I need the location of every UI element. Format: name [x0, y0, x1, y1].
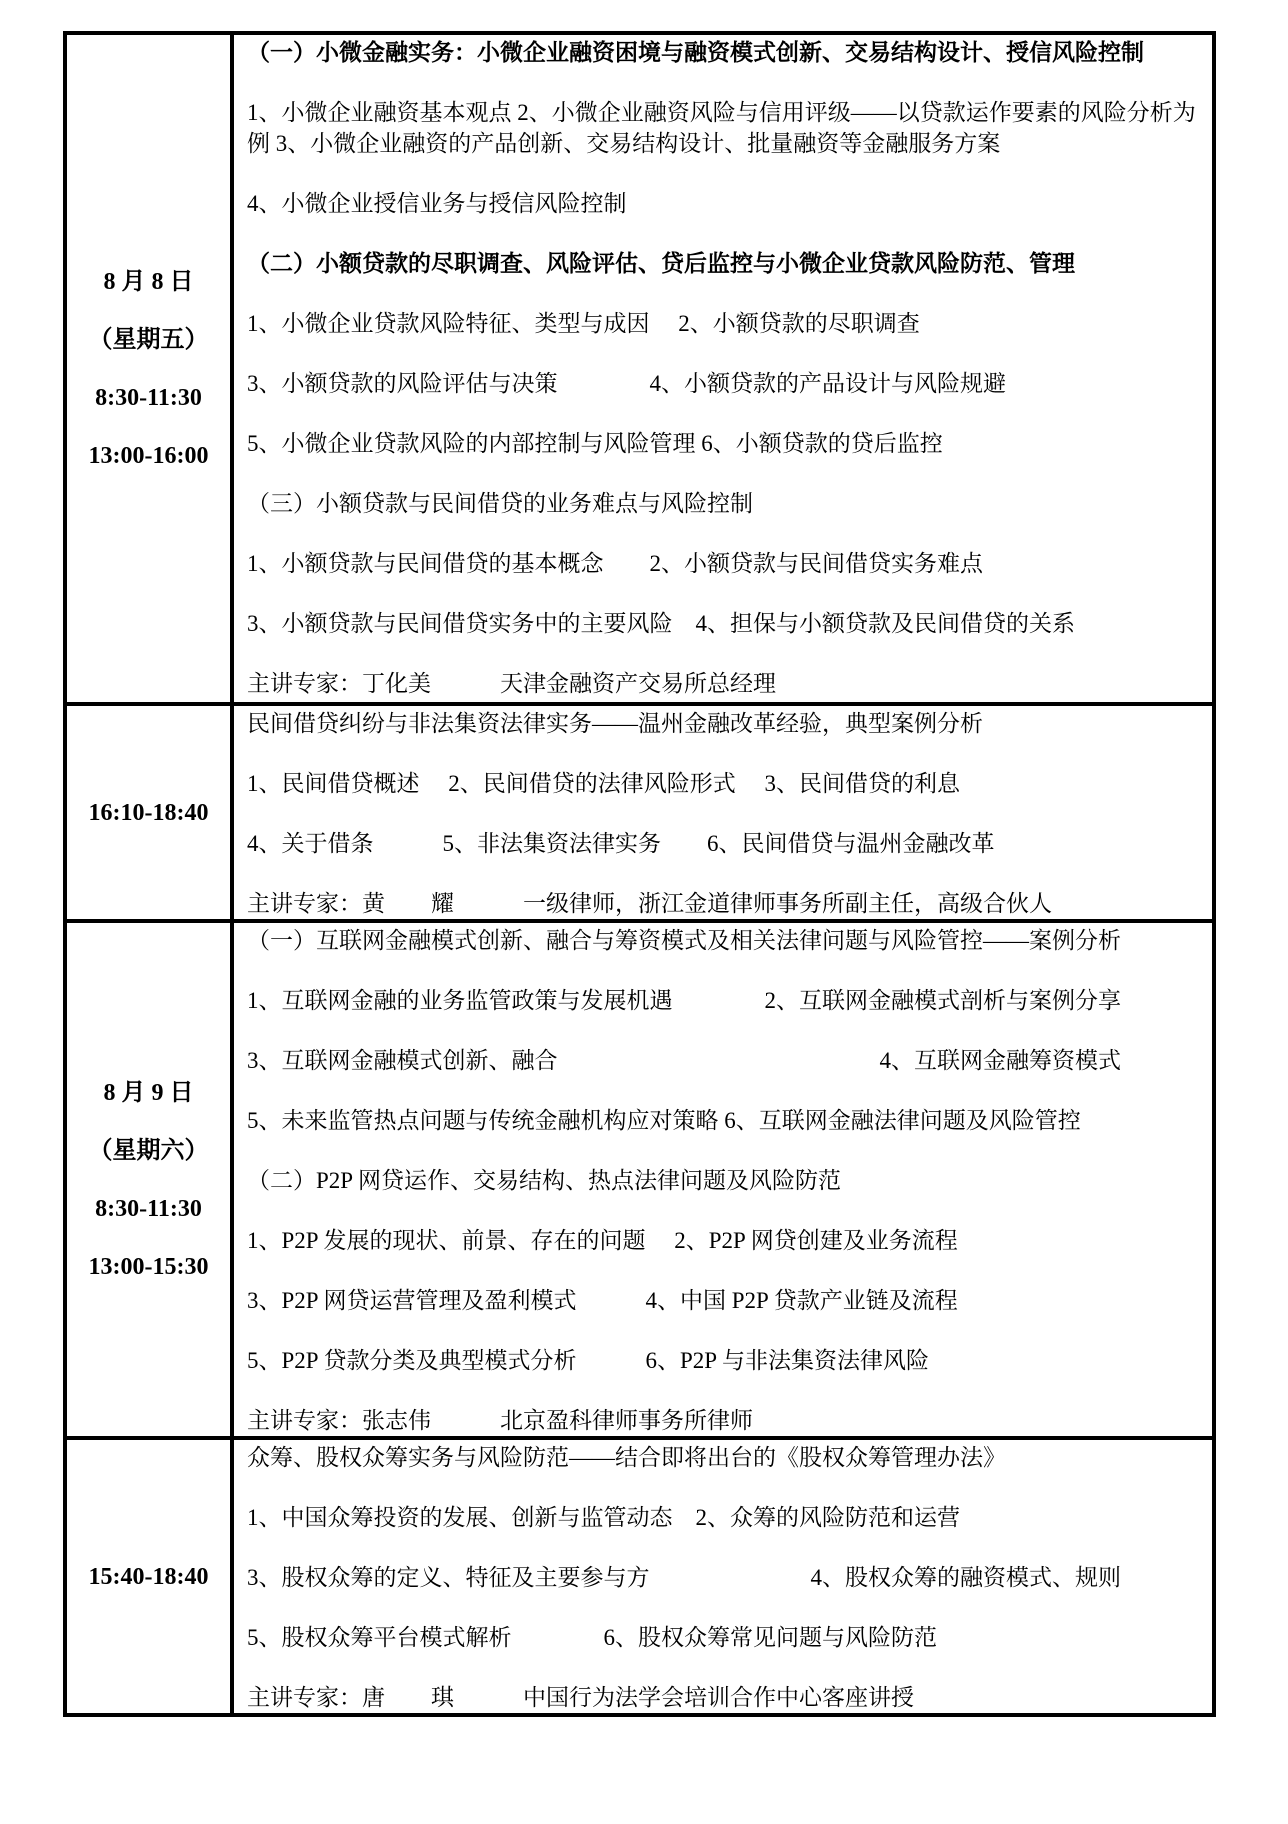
table-row: 8 月 9 日 （星期六） 8:30-11:30 13:00-15:30 （一）…	[65, 921, 1214, 1438]
speaker-line: 主讲专家：丁化美 天津金融资产交易所总经理	[247, 668, 1202, 699]
content-cell: （一）互联网金融模式创新、融合与筹资模式及相关法律问题与风险管控——案例分析 1…	[232, 921, 1214, 1438]
time-line: 13:00-16:00	[89, 441, 209, 471]
content-cell: （一）小微金融实务：小微企业融资困境与融资模式创新、交易结构设计、授信风险控制 …	[232, 33, 1214, 704]
session-item: 3、P2P 网贷运营管理及盈利模式 4、中国 P2P 贷款产业链及流程	[247, 1285, 1202, 1316]
schedule-table: 8 月 8 日 （星期五） 8:30-11:30 13:00-16:00 （一）…	[63, 31, 1216, 1717]
session-item: 3、小额贷款与民间借贷实务中的主要风险 4、担保与小额贷款及民间借贷的关系	[247, 608, 1202, 639]
session-heading: （一）互联网金融模式创新、融合与筹资模式及相关法律问题与风险管控——案例分析	[247, 925, 1202, 956]
session-item: 1、民间借贷概述 2、民间借贷的法律风险形式 3、民间借贷的利息	[247, 768, 1202, 799]
speaker-line: 主讲专家：黄 耀 一级律师，浙江金道律师事务所副主任，高级合伙人	[247, 888, 1202, 919]
session-item: 4、小微企业授信业务与授信风险控制	[247, 188, 1202, 219]
time-line: 8:30-11:30	[95, 1194, 202, 1224]
session-item: 1、小额贷款与民间借贷的基本概念 2、小额贷款与民间借贷实务难点	[247, 548, 1202, 579]
date-cell: 15:40-18:40	[65, 1438, 232, 1715]
session-heading: （三）小额贷款与民间借贷的业务难点与风险控制	[247, 488, 1202, 519]
date-cell: 16:10-18:40	[65, 704, 232, 921]
date-time-stack: 16:10-18:40	[67, 798, 230, 828]
weekday-line: （星期六）	[89, 1136, 209, 1166]
session-item: 5、小微企业贷款风险的内部控制与风险管理 6、小额贷款的贷后监控	[247, 428, 1202, 459]
speaker-line: 主讲专家：张志伟 北京盈科律师事务所律师	[247, 1405, 1202, 1436]
session-item: 1、小微企业融资基本观点 2、小微企业融资风险与信用评级——以贷款运作要素的风险…	[247, 97, 1202, 159]
date-line: 8 月 8 日	[104, 267, 194, 297]
session-item: 5、未来监管热点问题与传统金融机构应对策略 6、互联网金融法律问题及风险管控	[247, 1105, 1202, 1136]
session-item: 5、股权众筹平台模式解析 6、股权众筹常见问题与风险防范	[247, 1622, 1202, 1653]
weekday-line: （星期五）	[89, 325, 209, 355]
content-cell: 众筹、股权众筹实务与风险防范——结合即将出台的《股权众筹管理办法》 1、中国众筹…	[232, 1438, 1214, 1715]
table-row: 16:10-18:40 民间借贷纠纷与非法集资法律实务——温州金融改革经验，典型…	[65, 704, 1214, 921]
session-item: 1、P2P 发展的现状、前景、存在的问题 2、P2P 网贷创建及业务流程	[247, 1225, 1202, 1256]
session-title: 民间借贷纠纷与非法集资法律实务——温州金融改革经验，典型案例分析	[247, 708, 1202, 739]
session-item: 5、P2P 贷款分类及典型模式分析 6、P2P 与非法集资法律风险	[247, 1345, 1202, 1376]
time-line: 16:10-18:40	[89, 798, 209, 828]
page: 8 月 8 日 （星期五） 8:30-11:30 13:00-16:00 （一）…	[0, 0, 1288, 1824]
date-cell: 8 月 8 日 （星期五） 8:30-11:30 13:00-16:00	[65, 33, 232, 704]
session-heading: （二）小额贷款的尽职调查、风险评估、贷后监控与小微企业贷款风险防范、管理	[247, 248, 1202, 279]
session-item: 3、股权众筹的定义、特征及主要参与方 4、股权众筹的融资模式、规则	[247, 1562, 1202, 1593]
table-row: 15:40-18:40 众筹、股权众筹实务与风险防范——结合即将出台的《股权众筹…	[65, 1438, 1214, 1715]
time-line: 15:40-18:40	[89, 1562, 209, 1592]
date-time-stack: 8 月 9 日 （星期六） 8:30-11:30 13:00-15:30	[67, 1078, 230, 1282]
session-item: 1、中国众筹投资的发展、创新与监管动态 2、众筹的风险防范和运营	[247, 1502, 1202, 1533]
session-title: 众筹、股权众筹实务与风险防范——结合即将出台的《股权众筹管理办法》	[247, 1442, 1202, 1473]
date-cell: 8 月 9 日 （星期六） 8:30-11:30 13:00-15:30	[65, 921, 232, 1438]
session-item: 3、小额贷款的风险评估与决策 4、小额贷款的产品设计与风险规避	[247, 368, 1202, 399]
content-cell: 民间借贷纠纷与非法集资法律实务——温州金融改革经验，典型案例分析 1、民间借贷概…	[232, 704, 1214, 921]
date-time-stack: 8 月 8 日 （星期五） 8:30-11:30 13:00-16:00	[67, 267, 230, 471]
date-line: 8 月 9 日	[104, 1078, 194, 1108]
speaker-line: 主讲专家：唐 琪 中国行为法学会培训合作中心客座讲授	[247, 1682, 1202, 1713]
session-heading: （二）P2P 网贷运作、交易结构、热点法律问题及风险防范	[247, 1165, 1202, 1196]
session-item: 4、关于借条 5、非法集资法律实务 6、民间借贷与温州金融改革	[247, 828, 1202, 859]
session-heading: （一）小微金融实务：小微企业融资困境与融资模式创新、交易结构设计、授信风险控制	[247, 37, 1202, 68]
time-line: 13:00-15:30	[89, 1252, 209, 1282]
session-item: 3、互联网金融模式创新、融合 4、互联网金融筹资模式	[247, 1045, 1202, 1076]
date-time-stack: 15:40-18:40	[67, 1562, 230, 1592]
time-line: 8:30-11:30	[95, 383, 202, 413]
session-item: 1、互联网金融的业务监管政策与发展机遇 2、互联网金融模式剖析与案例分享	[247, 985, 1202, 1016]
session-item: 1、小微企业贷款风险特征、类型与成因 2、小额贷款的尽职调查	[247, 308, 1202, 339]
table-row: 8 月 8 日 （星期五） 8:30-11:30 13:00-16:00 （一）…	[65, 33, 1214, 704]
